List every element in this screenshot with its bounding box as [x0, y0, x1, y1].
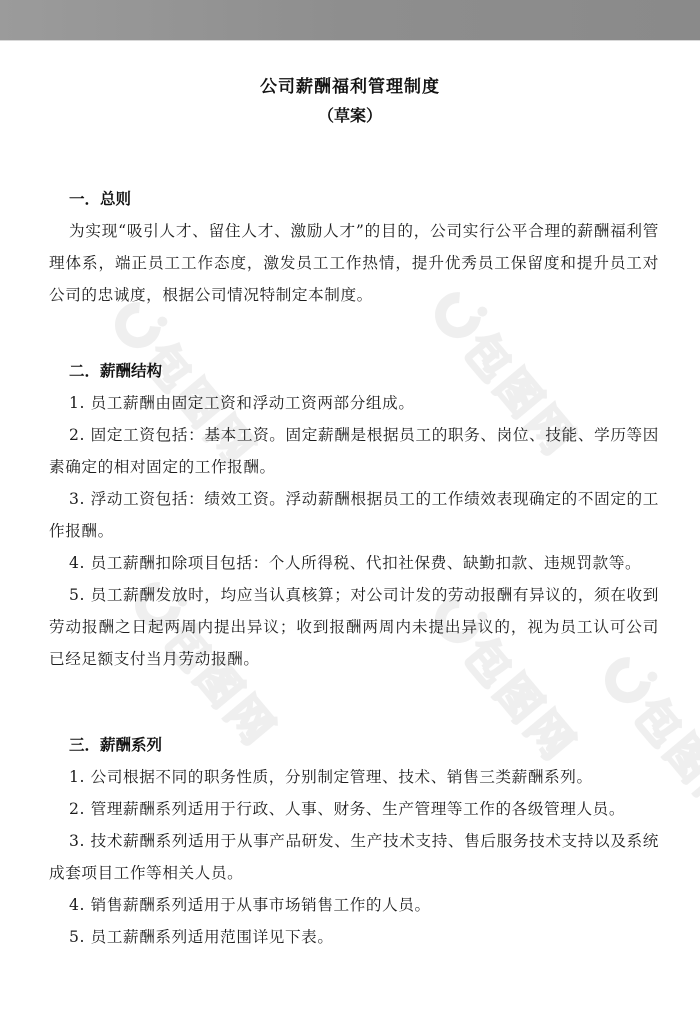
paragraph: 为实现“吸引人才、留住人才、激励人才”的目的，公司实行公平合理的薪酬福利管理体系… [49, 215, 659, 311]
list-item: 1. 员工薪酬由固定工资和浮动工资两部分组成。 [49, 387, 659, 419]
list-item: 4. 员工薪酬扣除项目包括：个人所得税、代扣社保费、缺勤扣款、违规罚款等。 [49, 547, 659, 579]
list-item: 5. 员工薪酬发放时，均应当认真核算；对公司计发的劳动报酬有异议的，须在收到劳动… [49, 579, 659, 675]
section-heading: 二．薪酬结构 [69, 355, 659, 387]
section-heading: 一．总则 [69, 183, 659, 215]
list-item: 3. 技术薪酬系列适用于从事产品研发、生产技术支持、售后服务技术支持以及系统成套… [49, 825, 659, 889]
list-item: 2. 管理薪酬系列适用于行政、人事、财务、生产管理等工作的各级管理人员。 [49, 793, 659, 825]
list-item: 4. 销售薪酬系列适用于从事市场销售工作的人员。 [49, 889, 659, 921]
list-item: 5. 员工薪酬系列适用范围详见下表。 [49, 921, 659, 953]
list-item: 3. 浮动工资包括：绩效工资。浮动薪酬根据员工的工作绩效表现确定的不固定的工作报… [49, 483, 659, 547]
document-subtitle: （草案） [0, 103, 700, 126]
document-title: 公司薪酬福利管理制度 [0, 72, 700, 97]
document-page: 公司薪酬福利管理制度 （草案） 一．总则 为实现“吸引人才、留住人才、激励人才”… [0, 0, 700, 1030]
list-item: 2. 固定工资包括：基本工资。固定薪酬是根据员工的职务、岗位、技能、学历等因素确… [49, 419, 659, 483]
section-salary-series: 三．薪酬系列 1. 公司根据不同的职务性质，分别制定管理、技术、销售三类薪酬系列… [49, 729, 659, 953]
section-salary-structure: 二．薪酬结构 1. 员工薪酬由固定工资和浮动工资两部分组成。 2. 固定工资包括… [49, 355, 659, 675]
section-heading: 三．薪酬系列 [69, 729, 659, 761]
list-item: 1. 公司根据不同的职务性质，分别制定管理、技术、销售三类薪酬系列。 [49, 761, 659, 793]
section-general: 一．总则 为实现“吸引人才、留住人才、激励人才”的目的，公司实行公平合理的薪酬福… [49, 183, 659, 311]
